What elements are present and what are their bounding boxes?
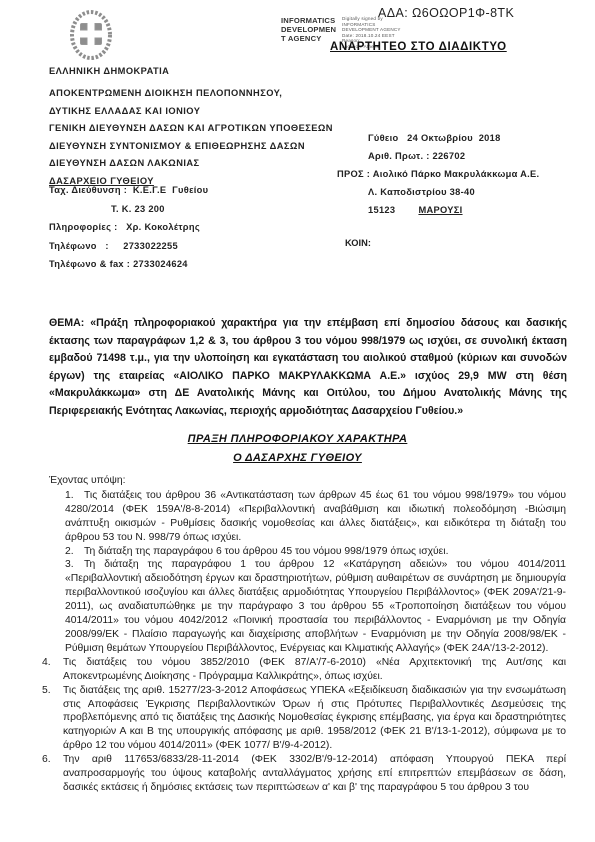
telephone-line: Τηλέφωνο : 2733022255 xyxy=(49,241,208,251)
item-text: Τις διατάξεις του άρθρου 36 «Αντικατάστα… xyxy=(65,490,566,543)
preamble: Έχοντας υπόψη: xyxy=(49,474,566,488)
postal-code: 15123 xyxy=(368,205,395,215)
recipient-address: Λ. Καποδιστρίου 38-40 xyxy=(368,187,539,197)
item-number: 6. xyxy=(42,753,63,767)
consideration-item: 2.Τη διάταξη της παραγράφου 6 του άρθρου… xyxy=(65,545,566,559)
consideration-item: 6.Την αριθ 117653/6833/28-11-2014 (ΦΕΚ 3… xyxy=(42,753,566,795)
recipient-line: ΠΡΟΣ : Αιολικό Πάρκο Μακρυλάκκωμα Α.Ε. xyxy=(337,169,539,179)
authority-line: ΔΥΤΙΚΗΣ ΕΛΛΑΔΑΣ ΚΑΙ ΙΟΝΙΟΥ xyxy=(49,106,333,116)
protocol-number: Αριθ. Πρωτ. : 226702 xyxy=(368,151,539,161)
recipient-city-line: 15123 ΜΑΡΟΥΣΙ xyxy=(368,205,539,215)
document-page: ΑΔΑ: Ω6ΟΩΟΡ1Φ-8ΤΚ INFORMATICS DEVELOPMEN… xyxy=(0,0,595,842)
authority-line: ΔΙΕΥΘΥΝΣΗ ΔΑΣΩΝ ΛΑΚΩΝΙΑΣ xyxy=(49,158,333,168)
authority-line: ΔΙΕΥΘΥΝΣΗ ΣΥΝΤΟΝΙΣΜΟΥ & ΕΠΙΘΕΩΡΗΣΗΣ ΔΑΣΩ… xyxy=(49,141,333,151)
item-text: Τις διατάξεις της αριθ. 15277/23-3-2012 … xyxy=(63,685,566,752)
consideration-item: 3.Τη διάταξη της παραγράφου 1 του άρθρου… xyxy=(65,558,566,655)
considerations-body: Έχοντας υπόψη: 1.Τις διατάξεις του άρθρο… xyxy=(49,474,566,795)
item-number: 3. xyxy=(65,558,84,572)
act-title: ΠΡΑΞΗ ΠΛΗΡΟΦΟΡΙΑΚΟΥ ΧΑΡΑΚΤΗΡΑ xyxy=(0,433,595,445)
item-text: Τη διάταξη της παραγράφου 6 του άρθρου 4… xyxy=(84,546,448,557)
authority-line: ΕΛΛΗΝΙΚΗ ΔΗΜΟΚΡΑΤΙΑ xyxy=(49,66,333,76)
internet-publication-notice: ΑΝΑΡΤΗΤΕΟ ΣΤΟ ΔΙΑΔΙΚΤΥΟ xyxy=(330,41,507,53)
consideration-item: 4.Τις διατάξεις του νόμου 3852/2010 (ΦΕΚ… xyxy=(42,656,566,684)
contact-info-block: Ταχ. Διεύθυνση : Κ.Ε.Γ.Ε Γυθείου Τ. Κ. 2… xyxy=(49,185,208,278)
place-and-date: Γύθειο 24 Οκτωβρίου 2018 xyxy=(368,133,539,143)
item-number: 4. xyxy=(42,656,63,670)
item-text: Τη διάταξη της παραγράφου 1 του άρθρου 1… xyxy=(65,559,566,653)
subject-paragraph: ΘΕΜΑ: «Πράξη πληροφοριακού χαρακτήρα για… xyxy=(49,315,567,421)
item-text: Τις διατάξεις του νόμου 3852/2010 (ΦΕΚ 8… xyxy=(63,657,566,682)
item-text: Την αριθ 117653/6833/28-11-2014 (ΦΕΚ 330… xyxy=(63,754,566,793)
city-name: ΜΑΡΟΥΣΙ xyxy=(418,205,462,215)
cc-label: ΚΟΙΝ: xyxy=(345,238,371,248)
consideration-item: 1.Τις διατάξεις του άρθρου 36 «Αντικατάσ… xyxy=(65,489,566,545)
reference-block: Γύθειο 24 Οκτωβρίου 2018 Αριθ. Πρωτ. : 2… xyxy=(337,133,539,223)
greek-coat-of-arms-icon xyxy=(62,9,120,61)
information-contact-line: Πληροφορίες : Χρ. Κοκολέτρης xyxy=(49,222,208,232)
consideration-item: 5.Τις διατάξεις της αριθ. 15277/23-3-201… xyxy=(42,684,566,754)
signature-agency-name: INFORMATICS DEVELOPMEN T AGENCY xyxy=(281,16,337,50)
act-subtitle: Ο ΔΑΣΑΡΧΗΣ ΓΥΘΕΙΟΥ xyxy=(0,452,595,464)
item-number: 5. xyxy=(42,684,63,698)
authority-line: ΑΠΟΚΕΝΤΡΩΜΕΝΗ ΔΙΟΙΚΗΣΗ ΠΕΛΟΠΟΝΝΗΣΟΥ, xyxy=(49,88,333,98)
item-number: 2. xyxy=(65,545,84,559)
subject-label: ΘΕΜΑ: xyxy=(49,317,84,329)
telephone-fax-line: Τηλέφωνο & fax : 2733024624 xyxy=(49,259,208,269)
forest-office-name: ΔΑΣΑΡΧΕΙΟ ΓΥΘΕΙΟΥ xyxy=(49,176,333,186)
item-number: 1. xyxy=(65,489,84,503)
subject-text: «Πράξη πληροφοριακού χαρακτήρα για την ε… xyxy=(49,317,567,417)
issuing-authority-block: ΕΛΛΗΝΙΚΗ ΔΗΜΟΚΡΑΤΙΑ ΑΠΟΚΕΝΤΡΩΜΕΝΗ ΔΙΟΙΚΗ… xyxy=(49,66,333,193)
postal-code-line: Τ. Κ. 23 200 xyxy=(111,204,208,214)
postal-address-line: Ταχ. Διεύθυνση : Κ.Ε.Γ.Ε Γυθείου xyxy=(49,185,208,195)
authority-line: ΓΕΝΙΚΗ ΔΙΕΥΘΥΝΣΗ ΔΑΣΩΝ ΚΑΙ ΑΓΡΟΤΙΚΩΝ ΥΠΟ… xyxy=(49,123,333,133)
